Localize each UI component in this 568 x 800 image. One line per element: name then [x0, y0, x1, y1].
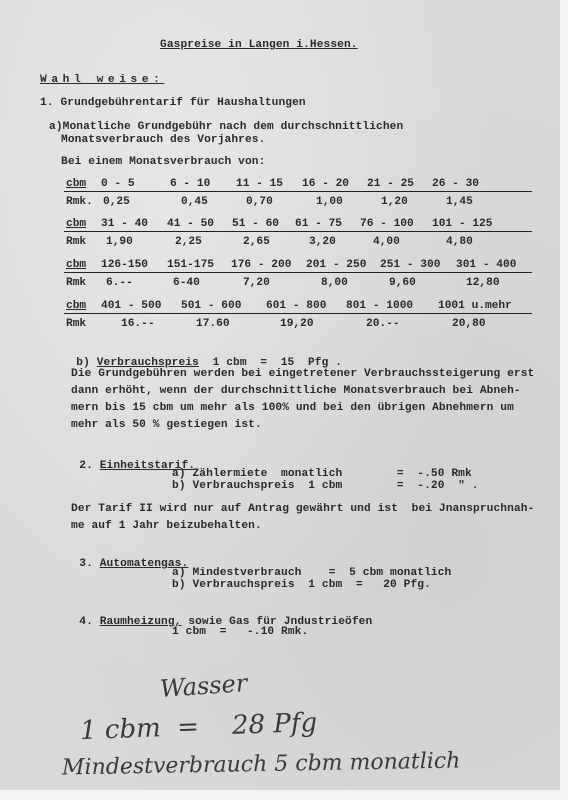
section1-a-line2: Monatsverbrauch des Vorjahres. [61, 134, 265, 147]
table-divider [64, 272, 532, 273]
tariff-range-row: cbm 401 - 500 501 - 600 601 - 800 801 - … [66, 300, 532, 314]
section3-number: 3. [79, 558, 99, 570]
handwritten-note: Wasser [159, 669, 248, 703]
handwritten-note: Mindestverbrauch 5 cbm monatlich [62, 749, 461, 781]
tariff-range-row: cbm 126-150 151-175 176 - 200 201 - 250 … [66, 259, 532, 273]
section2-b: b) Verbrauchspreis 1 cbm = -.20 " . [172, 480, 479, 493]
section1-paragraph-line: mern bis 15 cbm um mehr als 100% und bei… [71, 402, 514, 415]
section-heading: Wahl weise: [40, 74, 164, 87]
paper-edge [0, 790, 568, 800]
tariff-range-row: cbm 31 - 40 41 - 50 51 - 60 61 - 75 76 -… [66, 218, 532, 232]
section3-title: 3. Automatengas. [52, 545, 188, 584]
section4-value: 1 cbm = -.10 Rmk. [172, 626, 308, 639]
section2-note: me auf 1 Jahr beizubehalten. [71, 520, 262, 533]
section1-title: 1. Grundgebührentarif für Haushaltungen [40, 97, 306, 110]
table-divider [64, 191, 532, 192]
section4-number: 4. [79, 616, 99, 628]
section1-paragraph-line: Die Grundgebühren werden bei eingetreten… [71, 368, 534, 381]
tariff-price-row: Rmk 1,90 2,25 2,65 3,20 4,00 4,80 [66, 236, 532, 250]
section1-paragraph-line: mehr als 50 % gestiegen ist. [71, 419, 262, 432]
document-page: Gaspreise in Langen i.Hessen. Wahl weise… [0, 0, 560, 790]
section1-paragraph-line: dann erhöht, wenn der durchschnittliche … [71, 385, 521, 398]
section1-intro: Bei einem Monatsverbrauch von: [61, 156, 265, 169]
tariff-price-row: Rmk 16.-- 17.60 19,20 20.-- 20,80 [66, 318, 532, 332]
paper-edge [560, 0, 568, 800]
section2-note: Der Tarif II wird nur auf Antrag gewährt… [71, 503, 534, 516]
section4-title-text: Raumheizung, [100, 616, 182, 628]
table-divider [64, 231, 532, 232]
section1-a-line1: a)Monatliche Grundgebühr nach dem durchs… [49, 121, 403, 134]
section3-b: b) Verbrauchspreis 1 cbm = 20 Pfg. [172, 579, 431, 592]
document-title: Gaspreise in Langen i.Hessen. [160, 39, 358, 52]
table-divider [64, 313, 532, 314]
tariff-price-row: Rmk 6.-- 6-40 7,20 8,00 9,60 12,80 [66, 277, 532, 291]
handwritten-note: 1 cbm = 28 Pfg [80, 708, 318, 746]
tariff-price-row: Rmk. 0,25 0,45 0,70 1,00 1,20 1,45 [66, 196, 532, 210]
section2-number: 2. [79, 460, 99, 472]
tariff-range-row: cbm 0 - 5 6 - 10 11 - 15 16 - 20 21 - 25… [66, 178, 532, 192]
